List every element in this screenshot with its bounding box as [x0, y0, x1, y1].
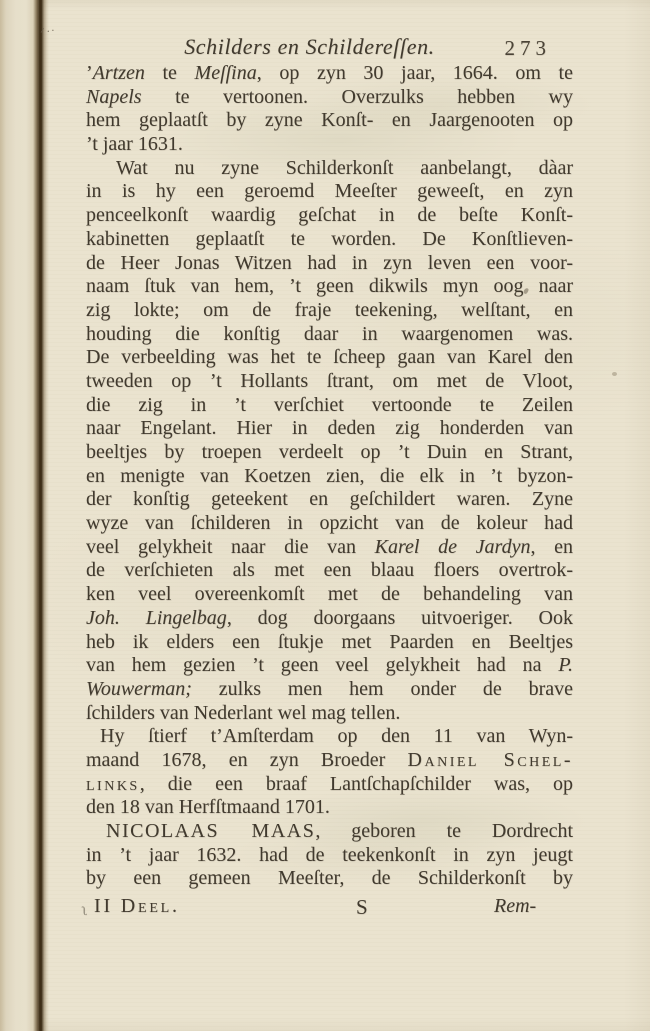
text-line: Joh. Lingelbag, dog doorgaans uitvoerige… — [86, 607, 573, 631]
text-segment: NICOLAAS MAAS — [106, 820, 315, 842]
text-line: heb ik elders een ſtukje met Paarden en … — [86, 631, 573, 655]
text-line: ſchilders van Nederlant wel mag tellen. — [86, 702, 573, 726]
text-segment: Joh. Lingelbag — [86, 607, 227, 629]
text-segment: houding die konſtig daar in waargenomen … — [86, 323, 573, 345]
running-header: Schilders en Schildereſſen. 273 — [86, 34, 573, 64]
text-line: der konſtig geteekent en geſchildert war… — [86, 488, 573, 512]
text-segment: ’ — [86, 62, 93, 84]
text-segment: tweeden op ’t Hollants ſtrant, om met de… — [86, 370, 573, 392]
text-line: veel gelykheit naar die van Karel de Jar… — [86, 536, 573, 560]
text-segment: ſchilders van Nederlant wel mag tellen. — [86, 702, 400, 724]
text-line: ’t jaar 1631. — [86, 133, 573, 157]
text-segment: veel gelykheit naar die van — [86, 536, 375, 558]
text-line: beeltjes by troepen verdeelt op ’t Duin … — [86, 441, 573, 465]
page-title: Schilders en Schildereſſen. — [86, 34, 533, 60]
text-segment: P. — [558, 654, 573, 676]
text-segment: penceelkonſt waardig geſchat in de beſte… — [86, 204, 573, 226]
text-segment: de Heer Jonas Witzen had in zyn leven ee… — [86, 252, 573, 274]
text-line: ken veel overeenkomſt met de behandeling… — [86, 583, 573, 607]
text-line: den 18 van Herfſtmaand 1701. — [86, 796, 573, 820]
text-segment: heb ik elders een ſtukje met Paarden en … — [86, 631, 573, 653]
text-segment: der konſtig geteekent en geſchildert war… — [86, 488, 573, 510]
text-segment: zig lokte; om de fraje teekening, welſta… — [86, 299, 573, 321]
text-line: van hem gezien ’t geen veel gelykheit ha… — [86, 654, 573, 678]
book-scan: ⸍·· Schilders en Schildereſſen. 273 ’Art… — [0, 0, 650, 1031]
text-segment: die zig in ’t verſchiet vertoonde te Zei… — [86, 394, 573, 416]
text-segment: ken veel overeenkomſt met de behandeling… — [86, 583, 573, 605]
text-segment: de verſchieten als met een blaau floers … — [86, 559, 573, 581]
text-segment: Wat nu zyne Schilderkonſt aanbelangt, dà… — [116, 157, 573, 179]
text-line: tweeden op ’t Hollants ſtrant, om met de… — [86, 370, 573, 394]
text-line: de Heer Jonas Witzen had in zyn leven ee… — [86, 252, 573, 276]
text-segment: Karel de Jardyn — [375, 536, 531, 558]
text-segment: naam ſtuk van hem, ’t geen dikwils myn o… — [86, 275, 573, 297]
text-segment: , op zyn 30 jaar, 1664. om te — [257, 62, 573, 84]
text-line: hem geplaatſt by zyne Konſt- en Jaargeno… — [86, 109, 573, 133]
text-line: wyze van ſchilderen in opzicht van de ko… — [86, 512, 573, 536]
volume-label: II Deel. — [94, 895, 180, 918]
signature-mark: S — [356, 895, 368, 920]
text-segment: links — [86, 773, 140, 795]
text-line: Hy ſtierf t’Amſterdam op den 11 van Wyn- — [86, 725, 573, 749]
catchword: Rem- — [494, 895, 536, 918]
text-segment: te — [145, 62, 195, 84]
text-segment: Napels — [86, 86, 142, 108]
ink-smudge: ⸍·· — [39, 23, 58, 41]
text-segment: ’t jaar 1631. — [86, 133, 183, 155]
text-segment: hem geplaatſt by zyne Konſt- en Jaargeno… — [86, 109, 573, 131]
text-line: by een gemeen Meeſter, de Schilderkonſt … — [86, 867, 573, 891]
text-line: in is hy een geroemd Meeſter geweeſt, en… — [86, 180, 573, 204]
text-segment: beeltjes by troepen verdeelt op ’t Duin … — [86, 441, 573, 463]
text-line: naar Engelant. Hier in deden zig honderd… — [86, 417, 573, 441]
text-segment: den 18 van Herfſtmaand 1701. — [86, 796, 330, 818]
body-text: ’Artzen te Meſſina, op zyn 30 jaar, 1664… — [86, 62, 573, 891]
text-line: Wat nu zyne Schilderkonſt aanbelangt, dà… — [86, 157, 573, 181]
text-segment: Artzen — [93, 62, 145, 84]
text-segment: Hy ſtierf t’Amſterdam op den 11 van Wyn- — [100, 725, 573, 747]
text-segment: wyze van ſchilderen in opzicht van de ko… — [86, 512, 573, 534]
text-line: De verbeelding was het te ſcheep gaan va… — [86, 346, 573, 370]
text-segment: naar Engelant. Hier in deden zig honderd… — [86, 417, 573, 439]
page-gutter-shadow — [33, 0, 49, 1031]
text-line: links, die een braaf Lantſchapſchilder w… — [86, 773, 573, 797]
text-segment: , en — [530, 536, 573, 558]
text-line: kabinetten geplaatſt te worden. De Konſt… — [86, 228, 573, 252]
text-segment: kabinetten geplaatſt te worden. De Konſt… — [86, 228, 573, 250]
text-line: NICOLAAS MAAS, geboren te Dordrecht — [86, 820, 573, 844]
text-line: de verſchieten als met een blaau floers … — [86, 559, 573, 583]
text-segment: , dog doorgaans uitvoeriger. Ook — [227, 607, 573, 629]
text-segment: in ’t jaar 1632. had de teekenkonſt in z… — [86, 844, 573, 866]
text-segment: en menigte van Koetzen zien, die elk in … — [86, 465, 573, 487]
text-segment: Meſſina — [195, 62, 257, 84]
text-line: penceelkonſt waardig geſchat in de beſte… — [86, 204, 573, 228]
stray-mark: ʅ — [82, 903, 88, 919]
text-line: en menigte van Koetzen zien, die elk in … — [86, 465, 573, 489]
text-line: zig lokte; om de fraje teekening, welſta… — [86, 299, 573, 323]
text-line: naam ſtuk van hem, ’t geen dikwils myn o… — [86, 275, 573, 299]
page-number: 273 — [505, 36, 552, 61]
text-line: die zig in ’t verſchiet vertoonde te Zei… — [86, 394, 573, 418]
text-line: maand 1678, en zyn Broeder Daniel Schel- — [86, 749, 573, 773]
text-segment: De verbeelding was het te ſcheep gaan va… — [86, 346, 573, 368]
ink-speck — [612, 372, 617, 376]
text-segment: te vertoonen. Overzulks hebben wy — [142, 86, 573, 108]
text-line: Napels te vertoonen. Overzulks hebben wy — [86, 86, 573, 110]
text-segment: zulks men hem onder de brave — [192, 678, 573, 700]
text-segment: van hem gezien ’t geen veel gelykheit ha… — [86, 654, 558, 676]
text-line: houding die konſtig daar in waargenomen … — [86, 323, 573, 347]
text-line: Wouwerman; zulks men hem onder de brave — [86, 678, 573, 702]
page-footer: ʅ II Deel. S Rem- — [86, 895, 573, 923]
text-segment: Wouwerman; — [86, 678, 192, 700]
text-line: ’Artzen te Meſſina, op zyn 30 jaar, 1664… — [86, 62, 573, 86]
text-segment: maand 1678, en zyn Broeder — [86, 749, 408, 771]
text-segment: in is hy een geroemd Meeſter geweeſt, en… — [86, 180, 573, 202]
text-line: in ’t jaar 1632. had de teekenkonſt in z… — [86, 844, 573, 868]
text-segment: , geboren te Dordrecht — [315, 820, 573, 842]
text-segment: Daniel Schel- — [408, 749, 573, 771]
text-segment: , die een braaf Lantſchapſchilder was, o… — [140, 773, 573, 795]
text-segment: by een gemeen Meeſter, de Schilderkonſt … — [86, 867, 573, 889]
